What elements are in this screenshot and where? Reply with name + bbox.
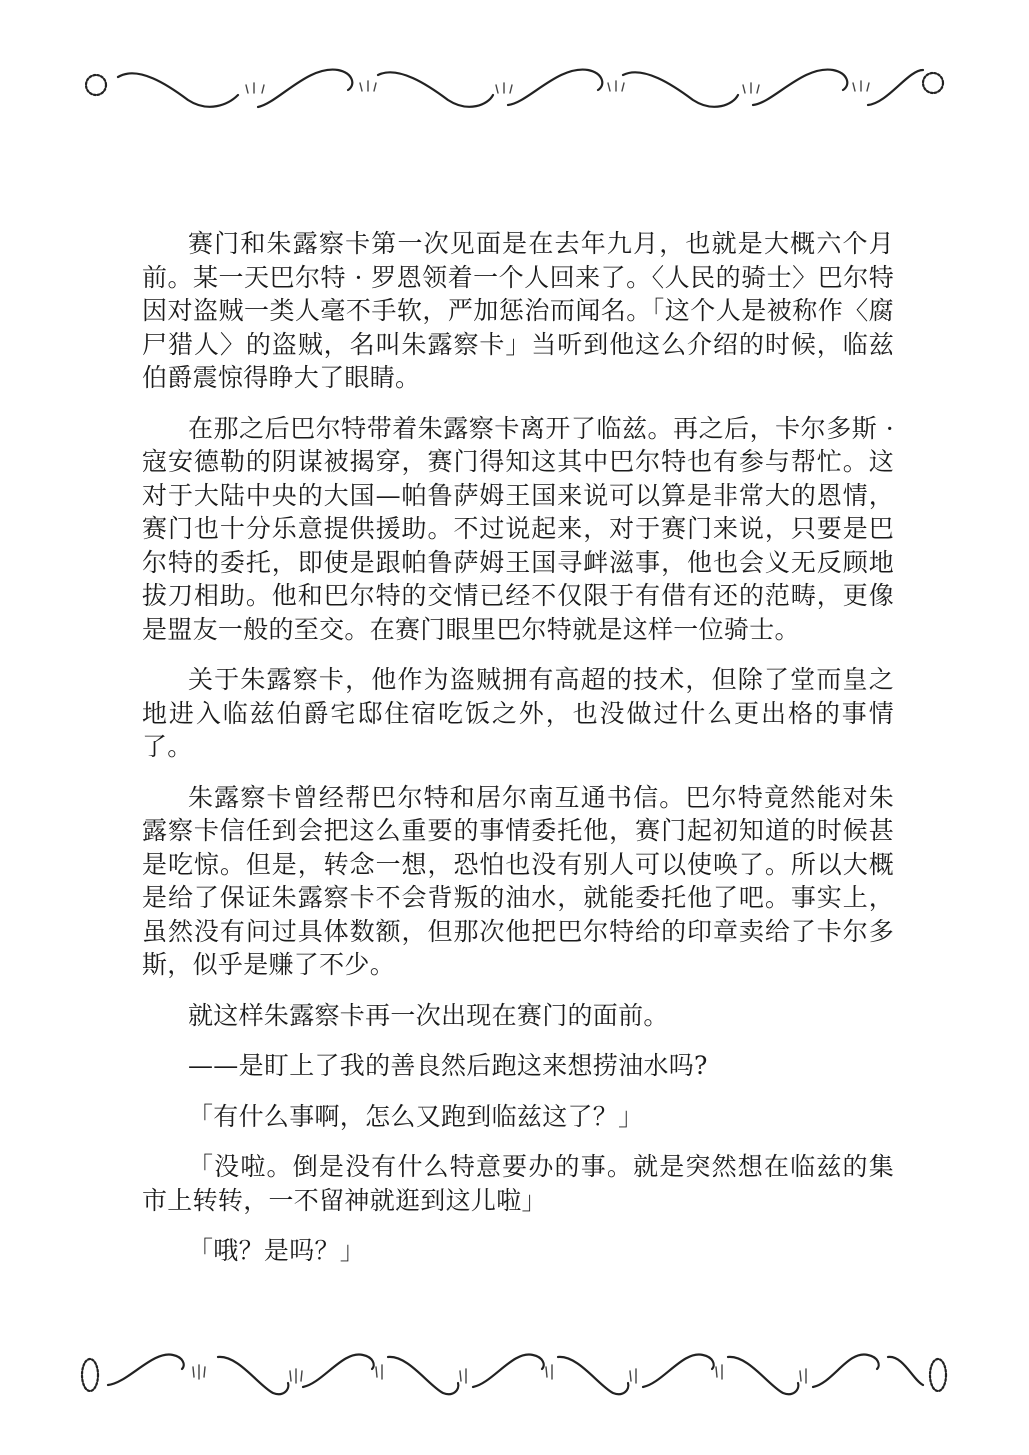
dialog-line-1: 「有什么事啊，怎么又跑到临兹这了？」 [142,1100,894,1134]
bottom-ornamental-border [78,1335,950,1405]
paragraph-inner-thought: ——是盯上了我的善良然后跑这来想捞油水吗? [142,1049,894,1083]
dialog-line-3: 「哦？是吗？」 [142,1234,894,1268]
top-ornamental-border [78,55,950,125]
dialog-line-2: 「没啦。倒是没有什么特意要办的事。就是突然想在临兹的集市上转转，一不留神就逛到这… [142,1150,894,1217]
paragraph-reappearance: 就这样朱露察卡再一次出现在赛门的面前。 [142,999,894,1033]
scroll-ornament-icon [78,55,950,125]
scroll-ornament-icon [78,1335,950,1405]
paragraph-julusacha-skills: 关于朱露察卡，他作为盗贼拥有高超的技术，但除了堂而皇之地进入临兹伯爵宅邸住宿吃饭… [142,663,894,764]
paragraph-first-meeting: 赛门和朱露察卡第一次见面是在去年九月，也就是大概六个月前。某一天巴尔特 · 罗恩… [142,227,894,395]
page-body: 赛门和朱露察卡第一次见面是在去年九月，也就是大概六个月前。某一天巴尔特 · 罗恩… [142,227,894,1285]
paragraph-bart-departure: 在那之后巴尔特带着朱露察卡离开了临兹。再之后，卡尔多斯 · 寇安德勒的阴谋被揭穿… [142,412,894,647]
paragraph-letters: 朱露察卡曾经帮巴尔特和居尔南互通书信。巴尔特竟然能对朱露察卡信任到会把这么重要的… [142,781,894,982]
